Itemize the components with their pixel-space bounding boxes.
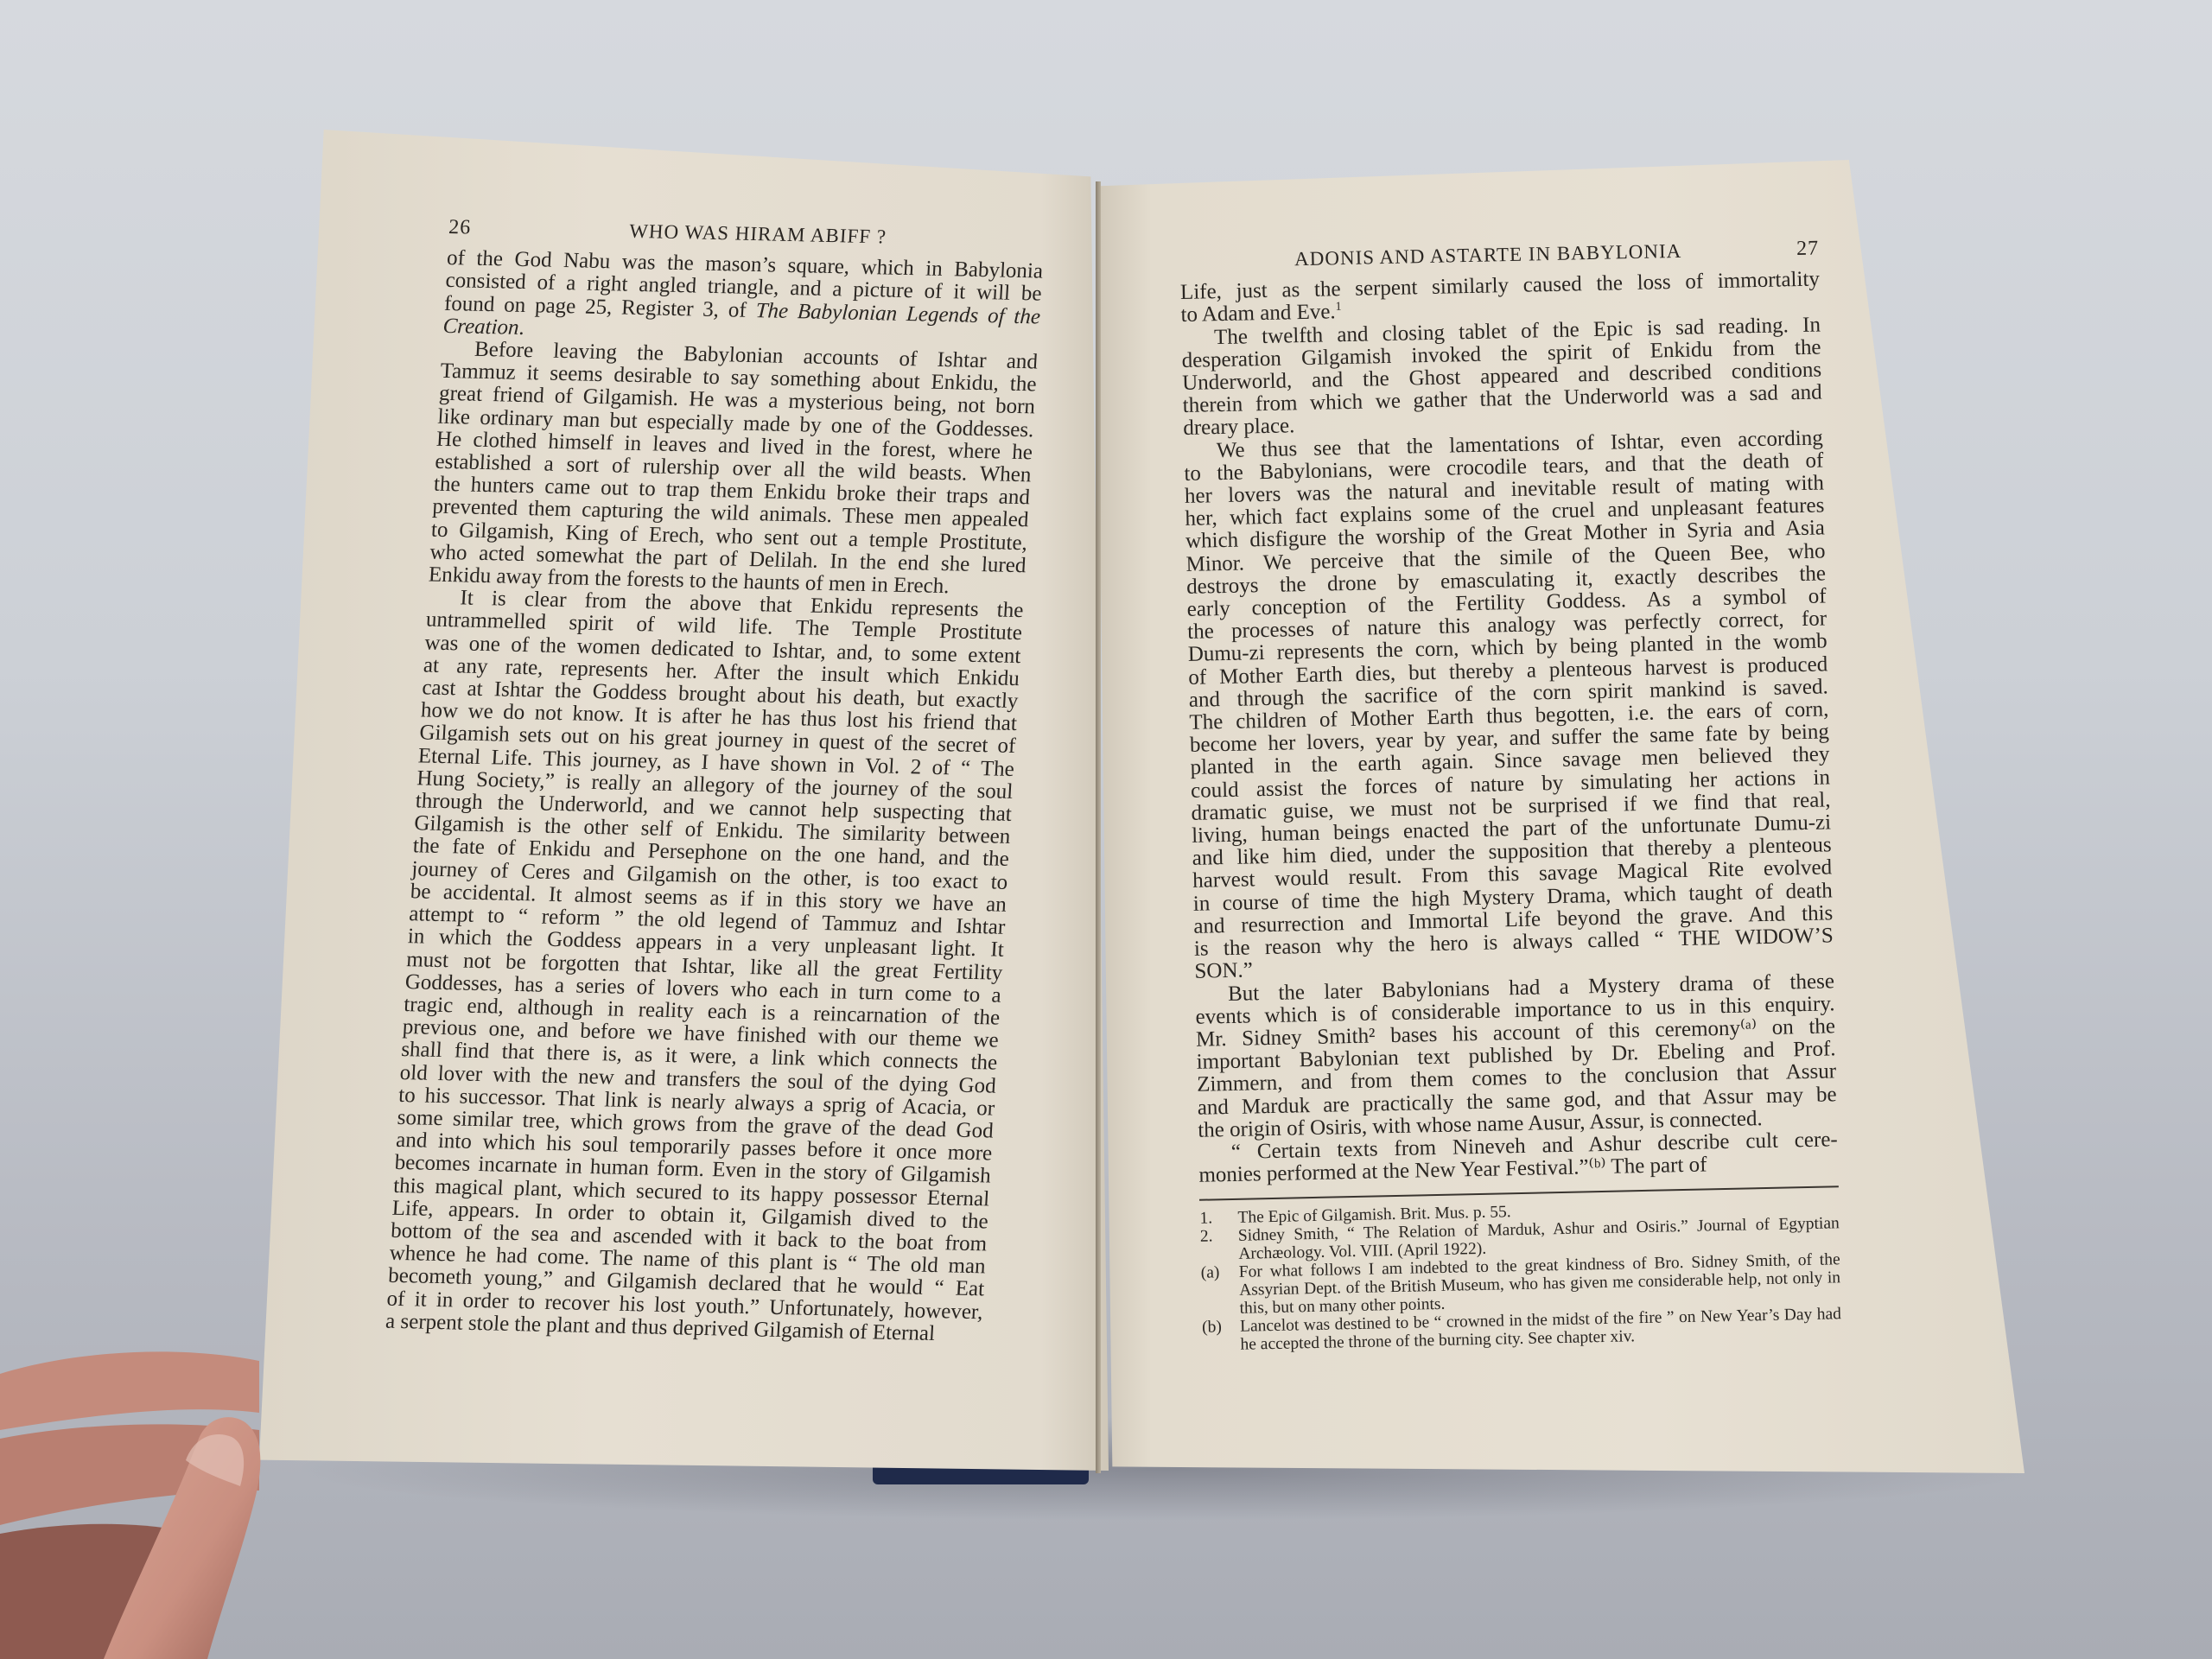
- footnote-mark: 1.: [1199, 1209, 1237, 1228]
- paragraph: But the later Babylonians had a Mystery …: [1195, 970, 1838, 1142]
- footnote-mark: 2.: [1200, 1227, 1239, 1264]
- footnotes: 1.The Epic of Gilgamish. Brit. Mus. p. 5…: [1199, 1197, 1841, 1355]
- footnote-mark: (a): [1201, 1263, 1240, 1319]
- right-paragraphs: Life, just as the serpent similarly caus…: [1180, 269, 1839, 1187]
- paragraph: Before leaving the Babylonian accounts o…: [428, 338, 1038, 601]
- footnote-ref: 1: [1335, 301, 1341, 314]
- paragraph: The twelfth and closing tablet of the Ep…: [1181, 314, 1823, 440]
- hand-holding-book: [0, 1335, 328, 1659]
- left-paragraphs: of the God Nabu was the mason’s square, …: [385, 247, 1043, 1346]
- right-page-text: ADONIS AND ASTARTE IN BABYLONIA 27 Life,…: [1179, 238, 1842, 1356]
- book-gutter: [1096, 181, 1101, 1473]
- paragraph: It is clear from the above that Enkidu r…: [385, 587, 1024, 1346]
- paragraph: We thus see that the lamentations of Ish…: [1184, 427, 1834, 983]
- left-page-text: 26 WHO WAS HIRAM ABIFF ? of the God Nabu…: [385, 216, 1045, 1346]
- page-number: 27: [1796, 238, 1820, 261]
- page-number: 26: [448, 216, 472, 239]
- footnote-mark: (b): [1202, 1318, 1241, 1355]
- paragraph: of the God Nabu was the mason’s square, …: [442, 247, 1044, 351]
